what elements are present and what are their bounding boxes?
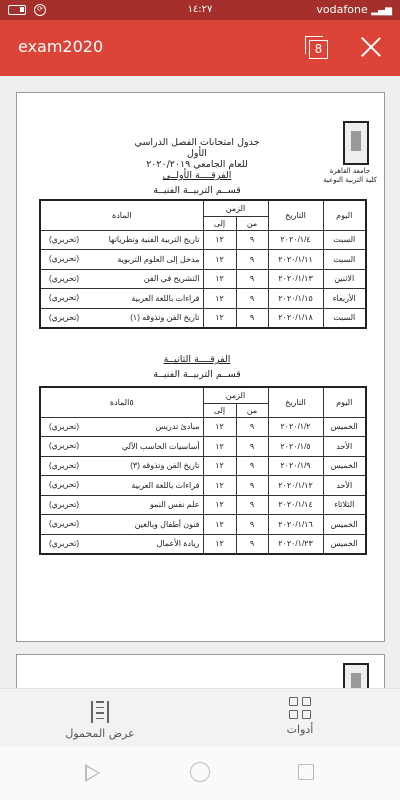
header-subject: المادة bbox=[40, 200, 203, 230]
table-row: السبت ٢٠٢٠/١/١١ ٩ ١٢ مدخل إلى العلوم الت… bbox=[40, 250, 366, 270]
header-line-2: الأول bbox=[97, 148, 297, 159]
section1-level: الفرقــــة الأولــى bbox=[97, 170, 297, 181]
document-title: exam2020 bbox=[18, 37, 103, 56]
cell-to: ١٢ bbox=[203, 437, 236, 457]
cell-from: ٩ bbox=[236, 269, 268, 289]
table-row: السبت ٢٠٢٠/١/٤ ٩ ١٢ تاريخ التربية الفنية… bbox=[40, 230, 366, 250]
subject-name: قراءات باللغة العربية bbox=[131, 294, 199, 303]
cell-from: ٩ bbox=[236, 456, 268, 476]
exam-type: (تحريري) bbox=[49, 539, 79, 548]
app-bar: exam2020 8 bbox=[0, 20, 400, 76]
header-from: من bbox=[236, 403, 268, 417]
subject-name: علم نفس النمو bbox=[150, 500, 200, 509]
header-date: التاريخ bbox=[268, 387, 323, 417]
exam-type: (تحريري) bbox=[49, 293, 79, 302]
cell-subject: قراءات باللغة العربية(تحريري) bbox=[40, 289, 203, 309]
cell-day: الأحد bbox=[323, 476, 366, 496]
cell-to: ١٢ bbox=[203, 534, 236, 554]
table-row: الأربعاء ٢٠٢٠/١/١٥ ٩ ١٢ قراءات باللغة ال… bbox=[40, 289, 366, 309]
cell-date: ٢٠٢٠/١/٤ bbox=[268, 230, 323, 250]
exam-type: (تحريري) bbox=[49, 274, 79, 283]
section2-department: قســم التربيــة الفنيــة bbox=[97, 368, 297, 381]
cell-date: ٢٠٢٠/١/٢٣ bbox=[268, 534, 323, 554]
header-to: إلى bbox=[203, 216, 236, 230]
cell-day: الخميس bbox=[323, 417, 366, 437]
cell-day: السبت bbox=[323, 308, 366, 328]
cell-subject: تاريخ التربية الفنية ونظرياتها(تحريري) bbox=[40, 230, 203, 250]
header-from: من bbox=[236, 216, 268, 230]
tools-button[interactable]: أدوات bbox=[240, 697, 360, 736]
cell-date: ٢٠٢٠/١/١٦ bbox=[268, 515, 323, 535]
cell-to: ١٢ bbox=[203, 230, 236, 250]
mobile-view-label: عرض المحمول bbox=[40, 727, 160, 740]
section2-level: الفرقــــة الثانيــة bbox=[97, 353, 297, 366]
cell-subject: ريادة الأعمال(تحريري) bbox=[40, 534, 203, 554]
header-line-1: جدول امتحانات الفصل الدراسي bbox=[97, 137, 297, 148]
mobile-view-icon bbox=[91, 701, 109, 723]
subject-name: مبادئ تدريس bbox=[156, 422, 200, 431]
cell-from: ٩ bbox=[236, 495, 268, 515]
table-row: الأحد ٢٠٢٠/١/١٢ ٩ ١٢ قراءات باللغة العرب… bbox=[40, 476, 366, 496]
cell-subject: مبادئ تدريس(تحريري) bbox=[40, 417, 203, 437]
cell-date: ٢٠٢٠/١/١٨ bbox=[268, 308, 323, 328]
faculty-name: كلية التربية النوعية bbox=[320, 176, 380, 185]
cell-subject: علم نفس النمو(تحريري) bbox=[40, 495, 203, 515]
status-bar: ⟳ ١٤:٢٧ vodafone ▂▄▆ bbox=[0, 0, 400, 20]
subject-name: أساسيات الحاسب الآلي bbox=[122, 442, 200, 451]
cell-subject: أساسيات الحاسب الآلي(تحريري) bbox=[40, 437, 203, 457]
cell-to: ١٢ bbox=[203, 269, 236, 289]
cell-date: ٢٠٢٠/١/١٢ bbox=[268, 476, 323, 496]
tools-label: أدوات bbox=[240, 723, 360, 736]
cell-to: ١٢ bbox=[203, 308, 236, 328]
university-logo-icon bbox=[343, 121, 369, 165]
header-day: اليوم bbox=[323, 200, 366, 230]
section1-department: قســم التربيــة الفنيــة bbox=[97, 184, 297, 197]
subject-name: التشريح في الفن bbox=[144, 274, 200, 283]
cell-day: السبت bbox=[323, 230, 366, 250]
cell-day: الخميس bbox=[323, 515, 366, 535]
table-row: الأحد ٢٠٢٠/١/٥ ٩ ١٢ أساسيات الحاسب الآلي… bbox=[40, 437, 366, 457]
header-date: التاريخ bbox=[268, 200, 323, 230]
table-row: الخميس ٢٠٢٠/١/٢٣ ٩ ١٢ ريادة الأعمال(تحري… bbox=[40, 534, 366, 554]
cell-from: ٩ bbox=[236, 250, 268, 270]
cell-subject: تاريخ الفن وتذوقه (٣)(تحريري) bbox=[40, 456, 203, 476]
cell-subject: التشريح في الفن(تحريري) bbox=[40, 269, 203, 289]
subject-name: قراءات باللغة العربية bbox=[131, 481, 199, 490]
cell-day: الخميس bbox=[323, 534, 366, 554]
carrier-label: vodafone ▂▄▆ bbox=[316, 3, 392, 16]
header-line-3: للعام الجامعي ٢٠٢٠/٢٠١٩ bbox=[97, 159, 297, 170]
header-time: الزمن bbox=[203, 200, 268, 216]
cell-date: ٢٠٢٠/١/١٣ bbox=[268, 269, 323, 289]
cell-from: ٩ bbox=[236, 515, 268, 535]
cell-to: ١٢ bbox=[203, 250, 236, 270]
tabs-count: 8 bbox=[309, 40, 328, 59]
table-row: الاثنين ٢٠٢٠/١/١٣ ٩ ١٢ التشريح في الفن(ت… bbox=[40, 269, 366, 289]
cell-to: ١٢ bbox=[203, 495, 236, 515]
cell-day: الاثنين bbox=[323, 269, 366, 289]
nav-recents-icon[interactable] bbox=[298, 764, 314, 780]
header-to: إلى bbox=[203, 403, 236, 417]
cell-to: ١٢ bbox=[203, 417, 236, 437]
close-icon[interactable] bbox=[360, 36, 382, 58]
exam-type: (تحريري) bbox=[49, 441, 79, 450]
cell-day: السبت bbox=[323, 250, 366, 270]
exam-type: (تحريري) bbox=[49, 461, 79, 470]
cell-to: ١٢ bbox=[203, 515, 236, 535]
cell-day: الأحد bbox=[323, 437, 366, 457]
subject-name: تاريخ التربية الفنية ونظرياتها bbox=[109, 235, 200, 244]
cell-from: ٩ bbox=[236, 230, 268, 250]
signal-icon: ▂▄▆ bbox=[371, 6, 392, 16]
table-row: السبت ٢٠٢٠/١/١٨ ٩ ١٢ تاريخ الفن وتذوقه (… bbox=[40, 308, 366, 328]
exam-type: (تحريري) bbox=[49, 519, 79, 528]
exam-type: (تحريري) bbox=[49, 235, 79, 244]
cell-date: ٢٠٢٠/١/١٥ bbox=[268, 289, 323, 309]
exam-type: (تحريري) bbox=[49, 313, 79, 322]
cell-from: ٩ bbox=[236, 476, 268, 496]
cell-subject: مدخل إلى العلوم التربوية(تحريري) bbox=[40, 250, 203, 270]
cell-day: الثلاثاء bbox=[323, 495, 366, 515]
nav-home-icon[interactable] bbox=[190, 762, 210, 782]
cell-date: ٢٠٢٠/١/٢ bbox=[268, 417, 323, 437]
cell-from: ٩ bbox=[236, 417, 268, 437]
university-name: جامعة القاهرة bbox=[320, 167, 380, 176]
exam-type: (تحريري) bbox=[49, 500, 79, 509]
exam-table-1: اليوم التاريخ الزمن المادة من إلى السبت … bbox=[39, 199, 367, 329]
table-row: الثلاثاء ٢٠٢٠/١/١٤ ٩ ١٢ علم نفس النمو(تح… bbox=[40, 495, 366, 515]
cell-from: ٩ bbox=[236, 534, 268, 554]
cell-date: ٢٠٢٠/١/١٤ bbox=[268, 495, 323, 515]
cell-date: ٢٠٢٠/١/١١ bbox=[268, 250, 323, 270]
subject-name: ريادة الأعمال bbox=[157, 539, 200, 548]
logo-caption: جامعة القاهرة كلية التربية النوعية bbox=[320, 167, 380, 185]
nav-back-icon[interactable] bbox=[85, 764, 100, 782]
cell-to: ١٢ bbox=[203, 456, 236, 476]
exam-type: (تحريري) bbox=[49, 422, 79, 431]
system-nav-bar bbox=[0, 746, 400, 800]
cell-to: ١٢ bbox=[203, 289, 236, 309]
exam-type: (تحريري) bbox=[49, 254, 79, 263]
cell-from: ٩ bbox=[236, 437, 268, 457]
grid-icon bbox=[289, 697, 311, 719]
document-viewer[interactable]: جامعة القاهرة كلية التربية النوعية جدول … bbox=[0, 76, 400, 688]
document-page-1: جامعة القاهرة كلية التربية النوعية جدول … bbox=[16, 92, 385, 642]
subject-name: مدخل إلى العلوم التربوية bbox=[117, 255, 199, 264]
subject-name: تاريخ الفن وتذوقه (١) bbox=[130, 313, 199, 322]
subject-name: تاريخ الفن وتذوقه (٣) bbox=[130, 461, 199, 470]
table-row: الخميس ٢٠٢٠/١/١٦ ٩ ١٢ فنون أطفال وبالغين… bbox=[40, 515, 366, 535]
cell-date: ٢٠٢٠/١/٥ bbox=[268, 437, 323, 457]
exam-table-2: اليوم التاريخ الزمن ٥المادة من إلى الخمي… bbox=[39, 386, 367, 555]
cell-to: ١٢ bbox=[203, 476, 236, 496]
cell-day: الأربعاء bbox=[323, 289, 366, 309]
bottom-toolbar: عرض المحمول أدوات bbox=[0, 688, 400, 746]
schedule-header: جدول امتحانات الفصل الدراسي الأول للعام … bbox=[97, 137, 297, 181]
header-time: الزمن bbox=[203, 387, 268, 403]
cell-subject: قراءات باللغة العربية(تحريري) bbox=[40, 476, 203, 496]
subject-name: فنون أطفال وبالغين bbox=[135, 520, 200, 529]
table-row: الخميس ٢٠٢٠/١/٢ ٩ ١٢ مبادئ تدريس(تحريري) bbox=[40, 417, 366, 437]
exam-type: (تحريري) bbox=[49, 480, 79, 489]
cell-day: الخميس bbox=[323, 456, 366, 476]
cell-subject: تاريخ الفن وتذوقه (١)(تحريري) bbox=[40, 308, 203, 328]
cell-subject: فنون أطفال وبالغين(تحريري) bbox=[40, 515, 203, 535]
cell-date: ٢٠٢٠/١/٩ bbox=[268, 456, 323, 476]
cell-from: ٩ bbox=[236, 308, 268, 328]
table-row: الخميس ٢٠٢٠/١/٩ ٩ ١٢ تاريخ الفن وتذوقه (… bbox=[40, 456, 366, 476]
header-subject: ٥المادة bbox=[40, 387, 203, 417]
mobile-view-button[interactable]: عرض المحمول bbox=[40, 697, 160, 740]
header-day: اليوم bbox=[323, 387, 366, 417]
cell-from: ٩ bbox=[236, 289, 268, 309]
tabs-button[interactable]: 8 bbox=[305, 36, 329, 60]
